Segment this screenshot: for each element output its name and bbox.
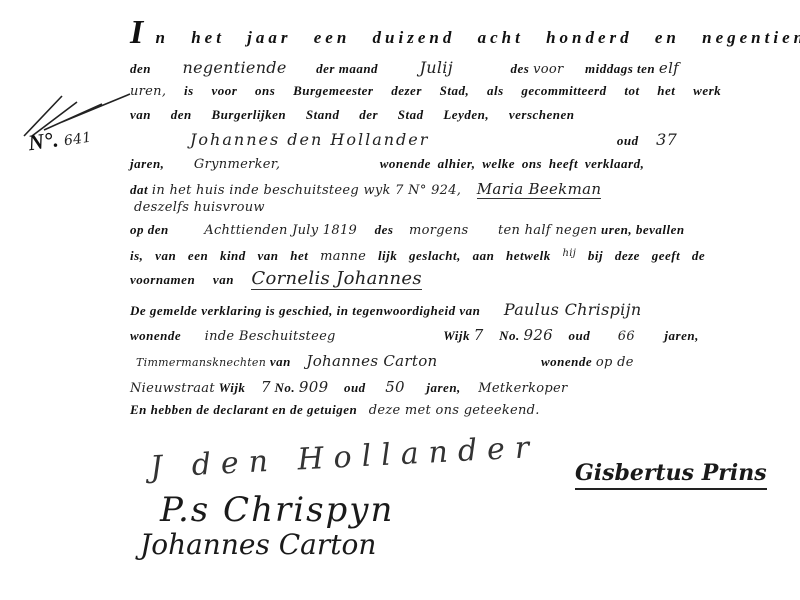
line-4: van den Burgerlijken Stand der Stad Leyd… <box>130 107 575 123</box>
handwritten-age: 37 <box>656 130 677 149</box>
handwritten-ward: 7 <box>474 326 484 344</box>
printed-text: bij deze geeft de <box>588 248 705 263</box>
handwritten-mother-name: Maria Beekman <box>477 180 602 199</box>
handwritten-ward: 7 <box>261 378 271 396</box>
line-15: Nieuwstraat Wijk 7 No. 909 oud 50 jaren,… <box>130 378 568 396</box>
printed-text: dat <box>130 182 148 197</box>
printed-text: oud <box>617 133 639 148</box>
handwritten-witness2-name: Johannes Carton <box>306 352 437 370</box>
handwritten-ampm: voor <box>533 62 563 77</box>
handwritten-pronoun: hij <box>562 248 576 259</box>
handwritten-relation: deszelfs huisvrouw <box>134 200 265 215</box>
handwritten-text: uren, <box>130 84 166 99</box>
printed-text: des <box>510 61 529 76</box>
printed-text: En hebben de declarant en de getuigen <box>130 402 357 417</box>
printed-text: lijk geslacht, aan hetwelk <box>378 248 551 263</box>
printed-text: Wijk <box>219 380 246 395</box>
line-12: De gemelde verklaring is geschied, in te… <box>130 300 641 319</box>
printed-text: der maand <box>316 61 378 76</box>
handwritten-address: in het huis inde beschuitsteeg wyk 7 N° … <box>152 183 461 198</box>
handwritten-text: op de <box>596 355 634 370</box>
handwritten-house-number: 926 <box>523 326 553 344</box>
handwritten-child-name: Cornelis Johannes <box>251 268 421 290</box>
handwritten-witness2-street: Nieuwstraat <box>130 381 215 396</box>
printed-text: jaren, <box>130 156 164 171</box>
line-13: wonende inde Beschuitsteeg Wijk 7 No. 92… <box>130 326 699 344</box>
handwritten-text: deze met ons geteekend. <box>369 403 540 418</box>
printed-text: voornamen van <box>130 272 234 287</box>
printed-text: oud <box>344 380 366 395</box>
line-10: is, van een kind van het manne lijk gesl… <box>130 248 705 264</box>
line-3: uren, is voor ons Burgemeester dezer Sta… <box>130 83 721 99</box>
printed-text: is voor ons Burgemeester dezer Stad, als… <box>184 83 721 98</box>
printed-text: uren, bevallen <box>601 222 685 237</box>
printed-text: Wijk <box>443 328 470 343</box>
handwritten-occupation: Metkerkoper <box>478 381 567 396</box>
line-7: dat in het huis inde beschuitsteeg wyk 7… <box>130 180 601 198</box>
line-6: jaren, Grynmerker, wonende alhier, welke… <box>130 156 644 172</box>
printed-text: den <box>130 61 151 76</box>
printed-text: wonende <box>130 328 181 343</box>
signature-declarant: J den Hollander <box>149 430 540 485</box>
printed-text: n het jaar een duizend acht honderd en n… <box>155 28 800 47</box>
line-1: I n het jaar een duizend acht honderd en… <box>130 16 800 50</box>
handwritten-occupation: Timmermansknechten <box>136 356 266 369</box>
line-8: deszelfs huisvrouw <box>134 199 265 215</box>
handwritten-house-number: 909 <box>299 378 329 396</box>
printed-text: is, van een kind van het <box>130 248 308 263</box>
number-value: 641 <box>63 130 93 150</box>
handwritten-day: negentiende <box>183 58 287 77</box>
signature-witness1: P.s Chrispyn <box>160 490 394 530</box>
number-prefix: N°. <box>26 126 59 155</box>
handwritten-hour: elf <box>659 59 679 77</box>
line-5: Johannes den Hollander oud 37 <box>190 130 677 149</box>
printed-text: No. <box>275 380 296 395</box>
handwritten-sex: manne <box>320 249 366 264</box>
signature-official: Gisbertus Prins <box>575 460 767 490</box>
printed-text: wonende alhier, welke ons heeft verklaar… <box>380 156 645 171</box>
handwritten-declarant-name: Johannes den Hollander <box>190 130 429 149</box>
handwritten-birth-date: Achttienden July 1819 <box>204 223 357 238</box>
printed-text: middags ten <box>585 61 655 76</box>
line-11: voornamen van Cornelis Johannes <box>130 268 422 289</box>
line-14: Timmermansknechten van Johannes Carton w… <box>136 352 634 370</box>
initial-capital: I <box>130 14 147 51</box>
printed-text: jaren, <box>426 380 460 395</box>
printed-text: oud <box>569 328 591 343</box>
line-16: En hebben de declarant en de getuigen de… <box>130 402 540 418</box>
printed-text: van <box>270 354 291 369</box>
handwritten-birth-hour: ten half negen <box>498 223 597 238</box>
signature-witness2: Johannes Carton <box>140 528 376 561</box>
line-9: op den Achttienden July 1819 des morgens… <box>130 222 685 238</box>
handwritten-time-of-day: morgens <box>409 223 469 238</box>
printed-text: No. <box>499 328 520 343</box>
printed-text: wonende <box>541 354 592 369</box>
printed-text: van den Burgerlijken Stand der Stad Leyd… <box>130 107 575 122</box>
handwritten-witness1-name: Paulus Chrispijn <box>504 300 642 319</box>
handwritten-age: 66 <box>618 329 635 344</box>
line-2: den negentiende der maand Julij des voor… <box>130 58 679 77</box>
handwritten-witness1-street: inde Beschuitsteeg <box>205 329 336 344</box>
handwritten-age: 50 <box>385 378 405 396</box>
printed-text: jaren, <box>664 328 698 343</box>
printed-text: De gemelde verklaring is geschied, in te… <box>130 303 480 318</box>
handwritten-occupation: Grynmerker, <box>194 157 280 172</box>
printed-text: des <box>375 222 394 237</box>
printed-text: op den <box>130 222 169 237</box>
handwritten-month: Julij <box>420 58 453 77</box>
